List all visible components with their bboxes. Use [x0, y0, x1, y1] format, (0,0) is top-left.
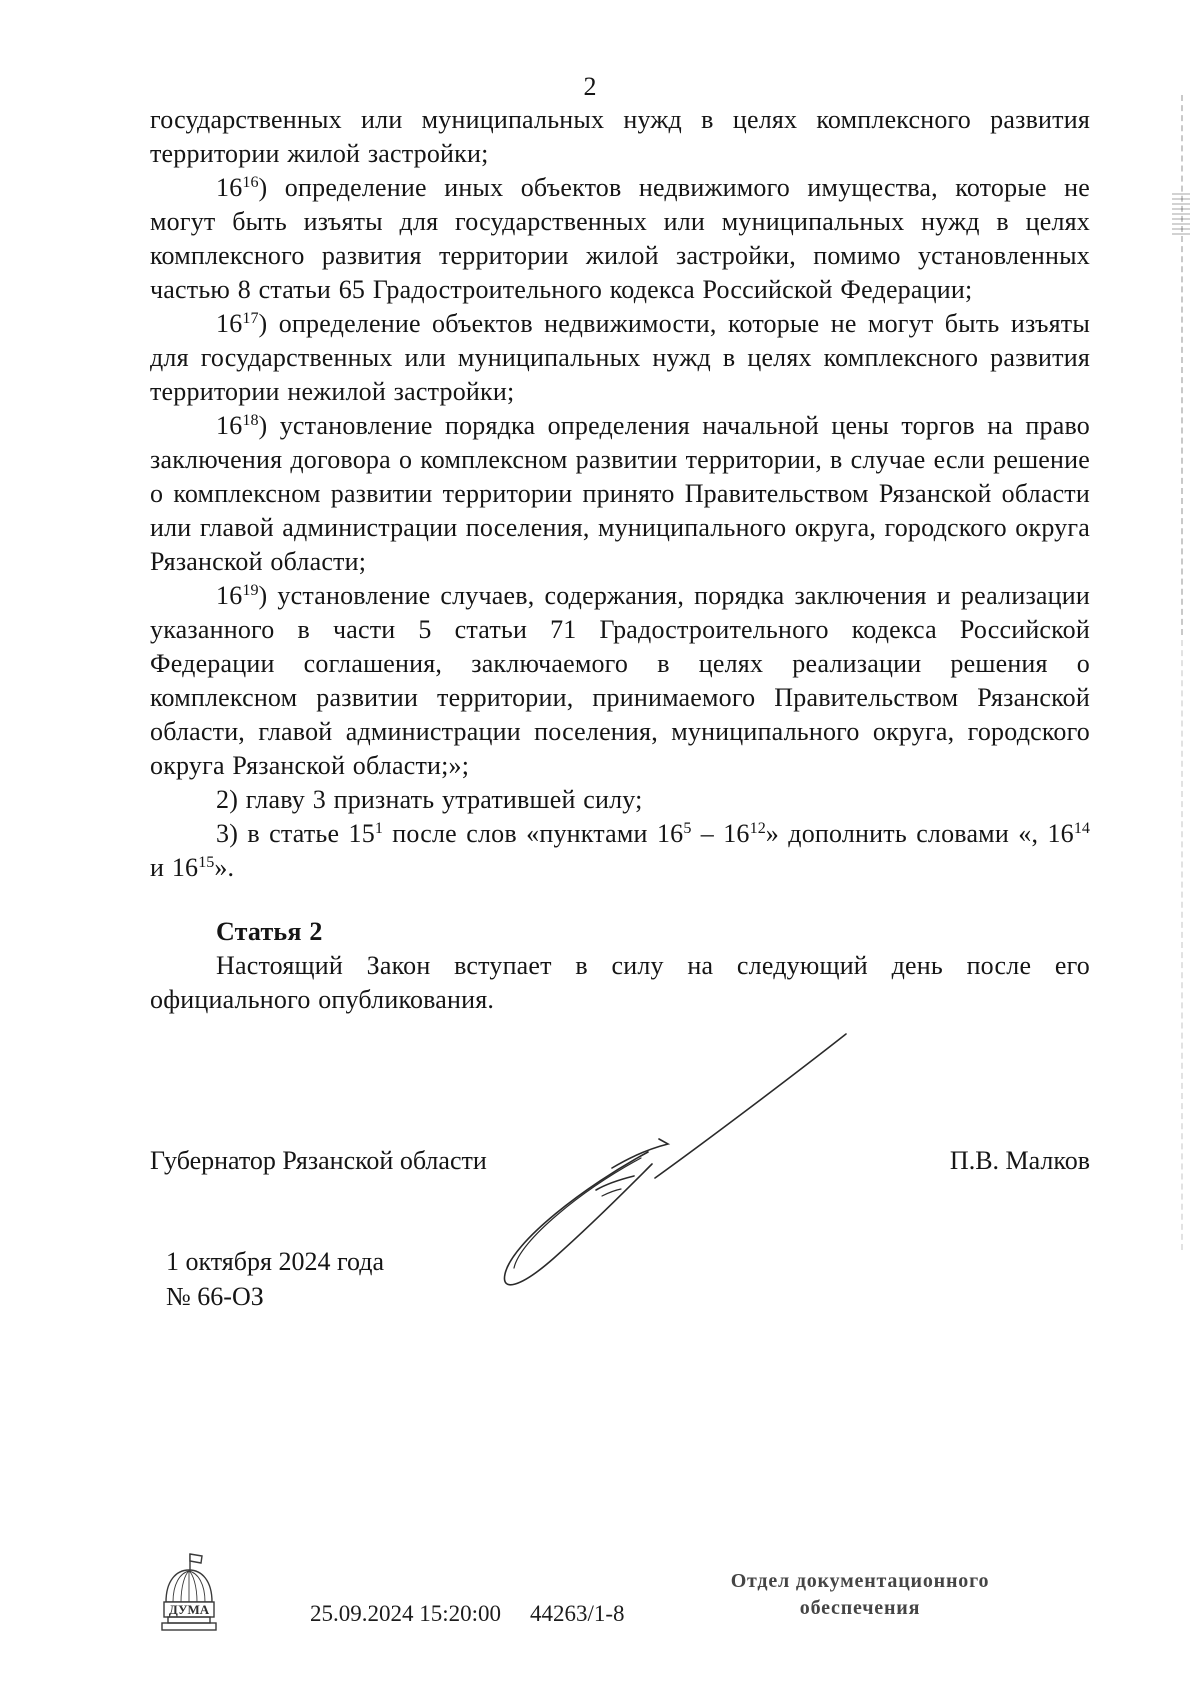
document-page: 2 государственных или муниципальных нужд… [0, 0, 1200, 1695]
scan-artifact-line [1181, 95, 1183, 635]
registration-number: 44263/1-8 [530, 1601, 625, 1627]
paragraph: Настоящий Закон вступает в силу на следу… [150, 949, 1090, 1017]
registration-timestamp: 25.09.2024 15:20:00 [310, 1601, 501, 1627]
handwritten-signature [470, 1010, 890, 1310]
signatory-position-label: Губернатор Рязанской области [150, 1144, 487, 1178]
document-number: № 66-ОЗ [166, 1279, 384, 1314]
page-number: 2 [150, 72, 1030, 102]
enactment-date: 1 октября 2024 года [166, 1244, 384, 1279]
date-block: 1 октября 2024 года № 66-ОЗ [166, 1244, 384, 1314]
paragraph: 1619) установление случаев, содержания, … [150, 579, 1090, 783]
paragraph: 1618) установление порядка определения н… [150, 409, 1090, 579]
paragraph: 3) в статье 151 после слов «пунктами 165… [150, 817, 1090, 885]
article-heading: Статья 2 [150, 915, 1090, 949]
scan-artifact-blob [1172, 193, 1190, 235]
scan-artifact-line [1181, 640, 1183, 1250]
paragraph: 1617) определение объектов недвижимости,… [150, 307, 1090, 409]
paragraph: 2) главу 3 признать утратившей силу; [150, 783, 1090, 817]
document-body: государственных или муниципальных нужд в… [150, 103, 1090, 1017]
duma-emblem-label: ДУМА [169, 1602, 210, 1617]
paragraph: государственных или муниципальных нужд в… [150, 103, 1090, 171]
duma-emblem-icon: ДУМА [156, 1550, 222, 1636]
signatory-name: П.В. Малков [950, 1144, 1090, 1178]
department-stamp-line1: Отдел документационного [710, 1568, 1010, 1595]
department-stamp: Отдел документационного обеспечения [710, 1568, 1010, 1622]
department-stamp-line2: обеспечения [710, 1595, 1010, 1622]
paragraph: 1616) определение иных объектов недвижим… [150, 171, 1090, 307]
